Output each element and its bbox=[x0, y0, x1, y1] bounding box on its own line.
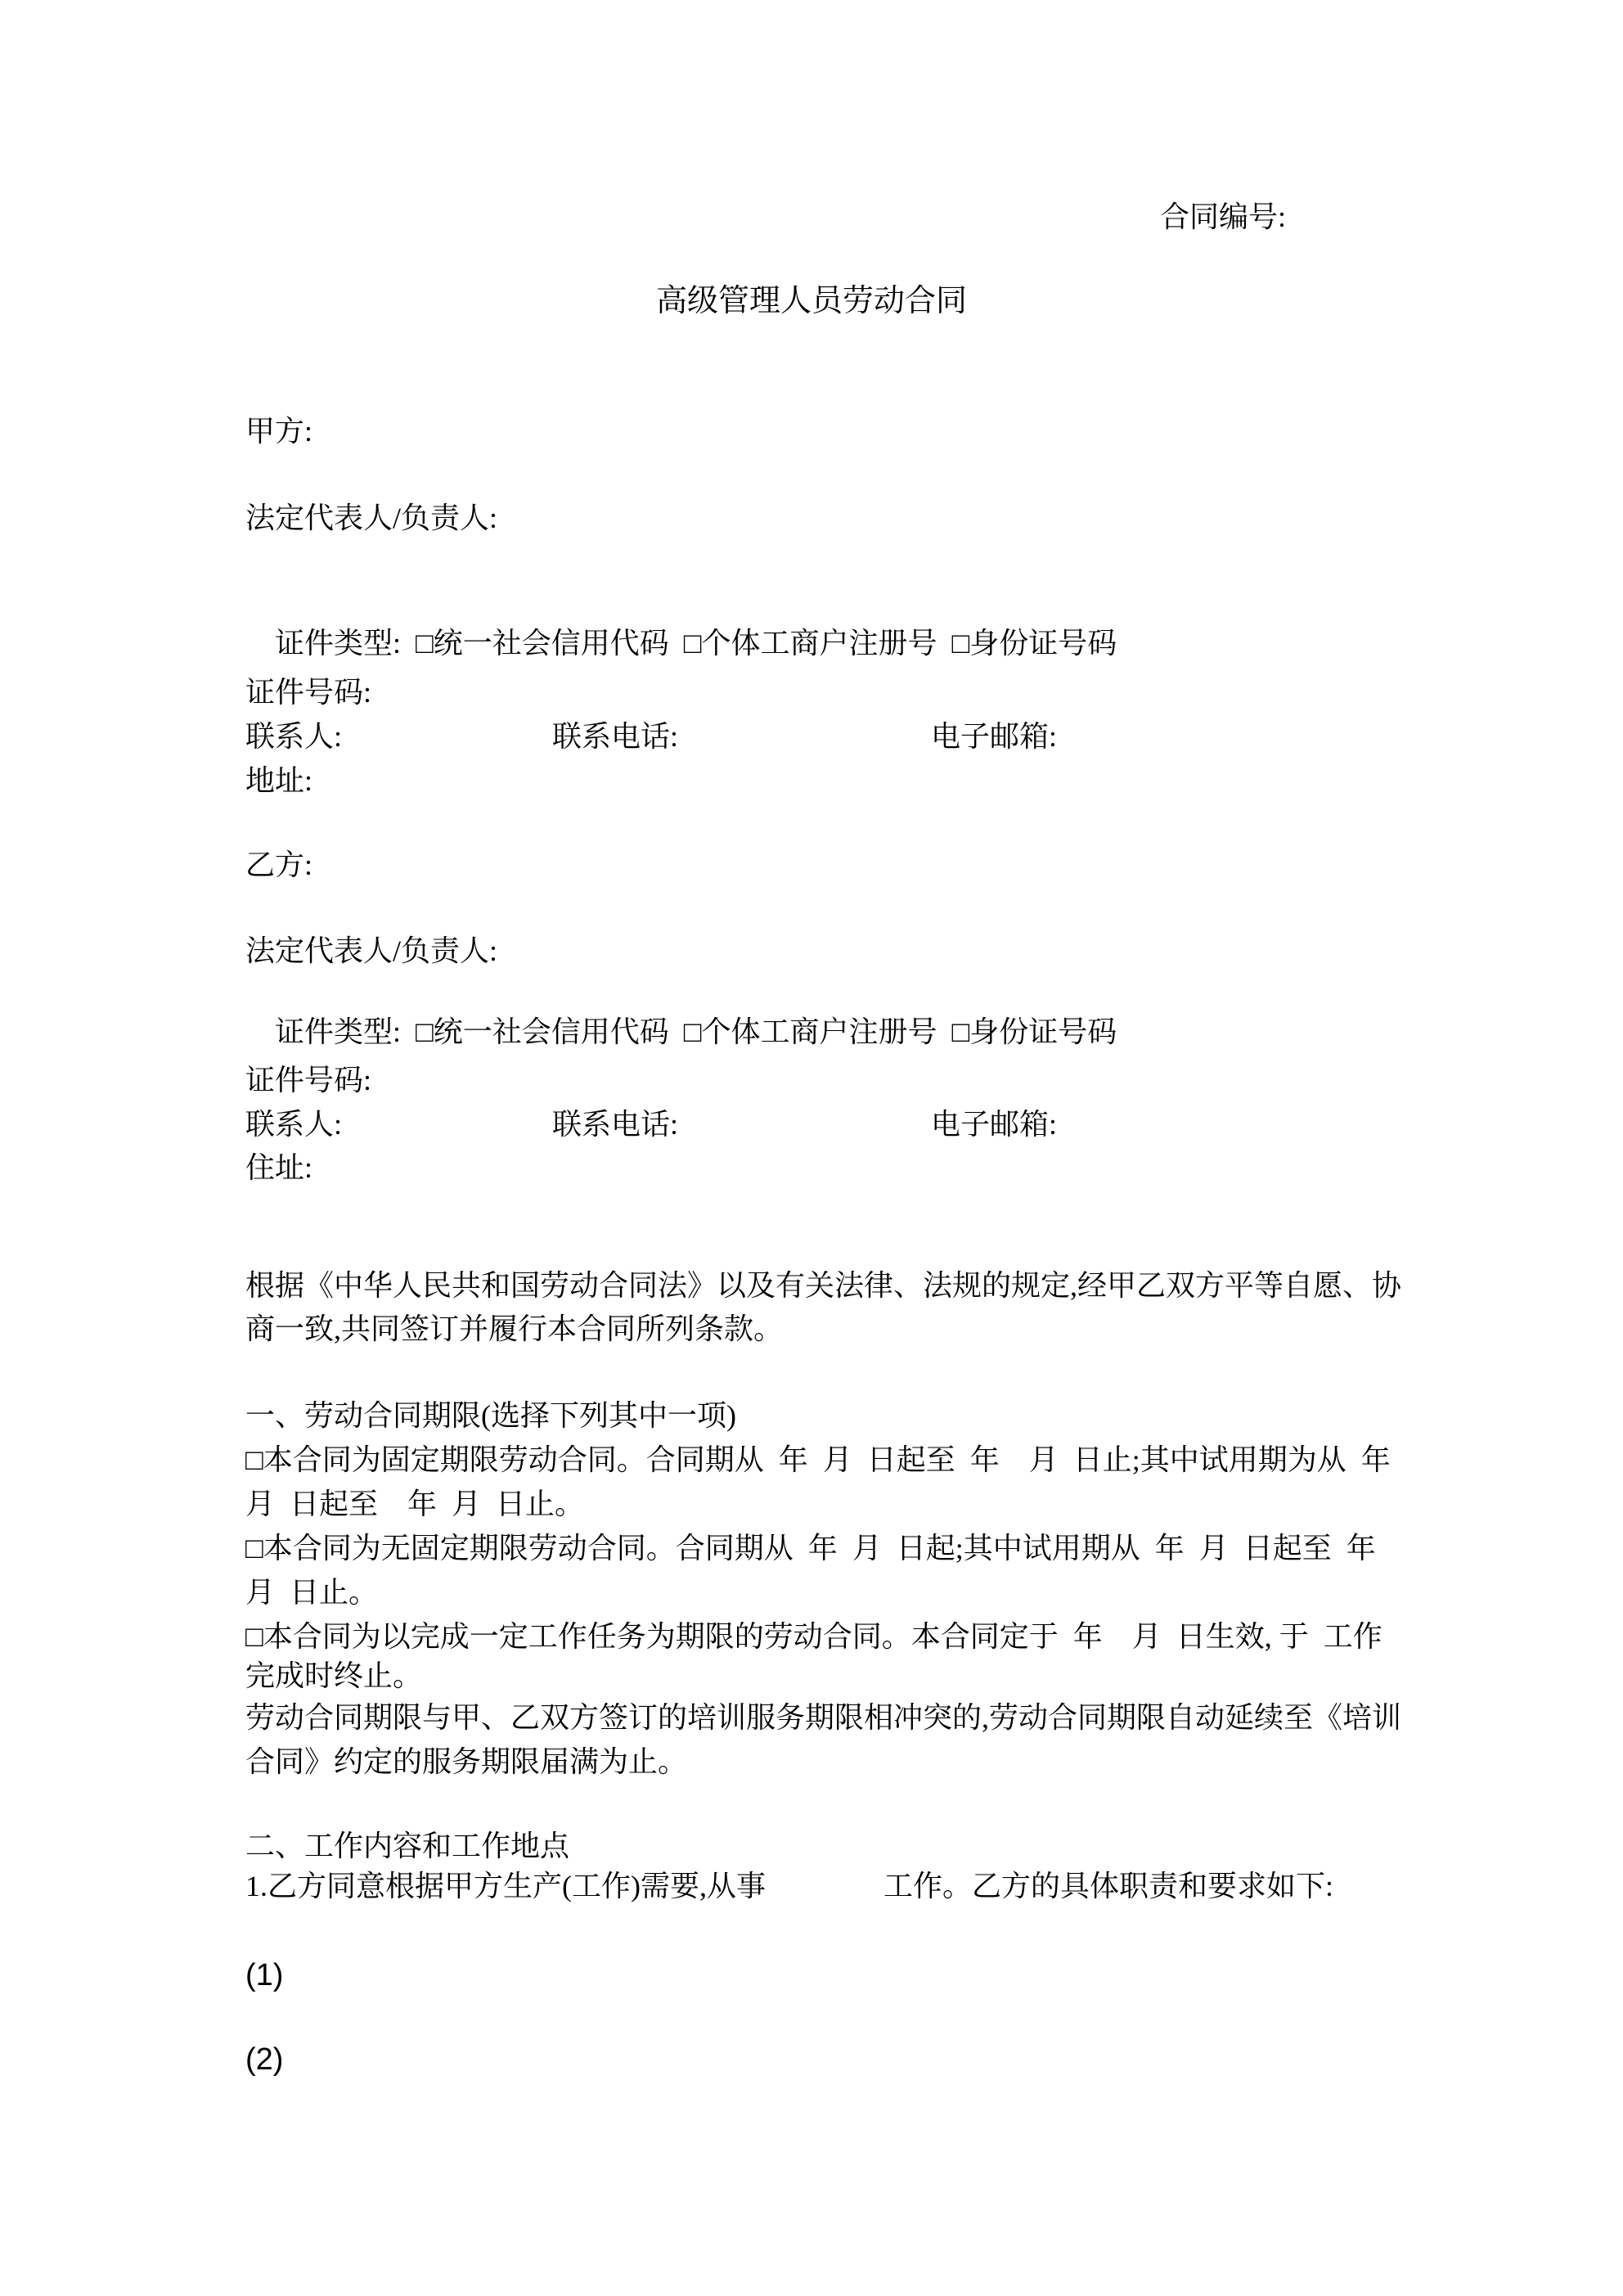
section1-option1-line1: □本合同为固定期限劳动合同。合同期从 年 月 日起至 年 月 日止;其中试用期为… bbox=[245, 1441, 1391, 1479]
party-a-address-label: 地址: bbox=[245, 762, 312, 799]
party-a-cert-number-label: 证件号码: bbox=[245, 673, 371, 711]
party-b-cert-option-id-card[interactable]: □身份证号码 bbox=[952, 1015, 1117, 1048]
checkbox-icon[interactable]: □ bbox=[684, 1015, 702, 1048]
party-b-contact-label: 联系人: bbox=[245, 1105, 342, 1143]
cert-option-label: 身份证号码 bbox=[969, 1015, 1117, 1048]
training-clause-line-2: 合同》约定的服务期限届满为止。 bbox=[245, 1743, 687, 1781]
party-b-cert-type-label: 证件类型: bbox=[275, 1015, 401, 1048]
party-b-email-label: 电子邮箱: bbox=[931, 1105, 1057, 1143]
party-a-legal-rep-label: 法定代表人/负责人: bbox=[245, 499, 497, 537]
section1-option3-line2: 完成时终止。 bbox=[245, 1657, 422, 1695]
preamble-line-2: 商一致,共同签订并履行本合同所列条款。 bbox=[245, 1310, 783, 1348]
party-b-cert-option-business-reg[interactable]: □个体工商户注册号 bbox=[684, 1015, 937, 1048]
section2-heading: 二、工作内容和工作地点 bbox=[245, 1827, 569, 1865]
party-a-email-label: 电子邮箱: bbox=[931, 718, 1057, 755]
training-clause-line-1: 劳动合同期限与甲、乙双方签订的培训服务期限相冲突的,劳动合同期限自动延续至《培训 bbox=[245, 1699, 1401, 1736]
section1-option1-line2: 月 日起至 年 月 日止。 bbox=[245, 1485, 584, 1523]
cert-option-label: 统一社会信用代码 bbox=[434, 1015, 669, 1048]
section1-option3-line1: □本合同为以完成一定工作任务为期限的劳动合同。本合同定于 年 月 日生效, 于 … bbox=[245, 1618, 1382, 1655]
cert-option-label: 个体工商户注册号 bbox=[702, 627, 937, 660]
checkbox-icon[interactable]: □ bbox=[952, 627, 970, 660]
option-text: 本合同为无固定期限劳动合同。合同期从 年 月 日起;其中试用期从 年 月 日起至… bbox=[263, 1532, 1376, 1564]
list-item-1: (1) bbox=[245, 1956, 283, 1994]
party-b-label: 乙方: bbox=[245, 846, 312, 884]
party-a-cert-option-id-card[interactable]: □身份证号码 bbox=[952, 627, 1117, 660]
cert-option-label: 个体工商户注册号 bbox=[702, 1015, 937, 1048]
list-item-2: (2) bbox=[245, 2041, 283, 2078]
party-a-cert-option-uscc[interactable]: □统一社会信用代码 bbox=[416, 627, 669, 660]
contract-document-page: 合同编号: 高级管理人员劳动合同 甲方: 法定代表人/负责人: 证件类型:□统一… bbox=[0, 0, 1623, 2296]
party-a-cert-type-label: 证件类型: bbox=[275, 627, 401, 660]
checkbox-icon[interactable]: □ bbox=[684, 627, 702, 660]
party-b-cert-option-uscc[interactable]: □统一社会信用代码 bbox=[416, 1015, 669, 1048]
party-b-legal-rep-label: 法定代表人/负责人: bbox=[245, 932, 497, 970]
party-a-cert-type-row: 证件类型:□统一社会信用代码□个体工商户注册号□身份证号码 bbox=[245, 587, 1117, 700]
option-text: 本合同为以完成一定工作任务为期限的劳动合同。本合同定于 年 月 日生效, 于 工… bbox=[263, 1620, 1382, 1653]
party-b-cert-type-row: 证件类型:□统一社会信用代码□个体工商户注册号□身份证号码 bbox=[245, 975, 1117, 1088]
section1-heading: 一、劳动合同期限(选择下列其中一项) bbox=[245, 1397, 736, 1434]
checkbox-icon[interactable]: □ bbox=[952, 1015, 970, 1048]
party-a-cert-option-business-reg[interactable]: □个体工商户注册号 bbox=[684, 627, 937, 660]
contract-number-label: 合同编号: bbox=[1160, 198, 1286, 236]
party-b-cert-number-label: 证件号码: bbox=[245, 1061, 371, 1099]
party-a-label: 甲方: bbox=[245, 412, 312, 450]
cert-option-label: 身份证号码 bbox=[969, 627, 1117, 660]
section1-option2-line1: □本合同为无固定期限劳动合同。合同期从 年 月 日起;其中试用期从 年 月 日起… bbox=[245, 1529, 1376, 1567]
document-title: 高级管理人员劳动合同 bbox=[0, 282, 1623, 320]
option-text: 本合同为固定期限劳动合同。合同期从 年 月 日起至 年 月 日止;其中试用期为从… bbox=[263, 1443, 1391, 1476]
checkbox-icon[interactable]: □ bbox=[245, 1443, 263, 1476]
checkbox-icon[interactable]: □ bbox=[245, 1532, 263, 1564]
party-a-contact-label: 联系人: bbox=[245, 718, 342, 755]
section1-option2-line2: 月 日止。 bbox=[245, 1573, 378, 1611]
checkbox-icon[interactable]: □ bbox=[416, 1015, 434, 1048]
checkbox-icon[interactable]: □ bbox=[416, 627, 434, 660]
party-a-phone-label: 联系电话: bbox=[552, 718, 678, 755]
cert-option-label: 统一社会信用代码 bbox=[434, 627, 669, 660]
section2-clause-1: 1.乙方同意根据甲方生产(工作)需要,从事 工作。乙方的具体职责和要求如下: bbox=[245, 1867, 1333, 1905]
party-b-address-label: 住址: bbox=[245, 1149, 312, 1186]
preamble-line-1: 根据《中华人民共和国劳动合同法》以及有关法律、法规的规定,经甲乙双方平等自愿、协 bbox=[245, 1267, 1401, 1304]
checkbox-icon[interactable]: □ bbox=[245, 1620, 263, 1653]
party-b-phone-label: 联系电话: bbox=[552, 1105, 678, 1143]
